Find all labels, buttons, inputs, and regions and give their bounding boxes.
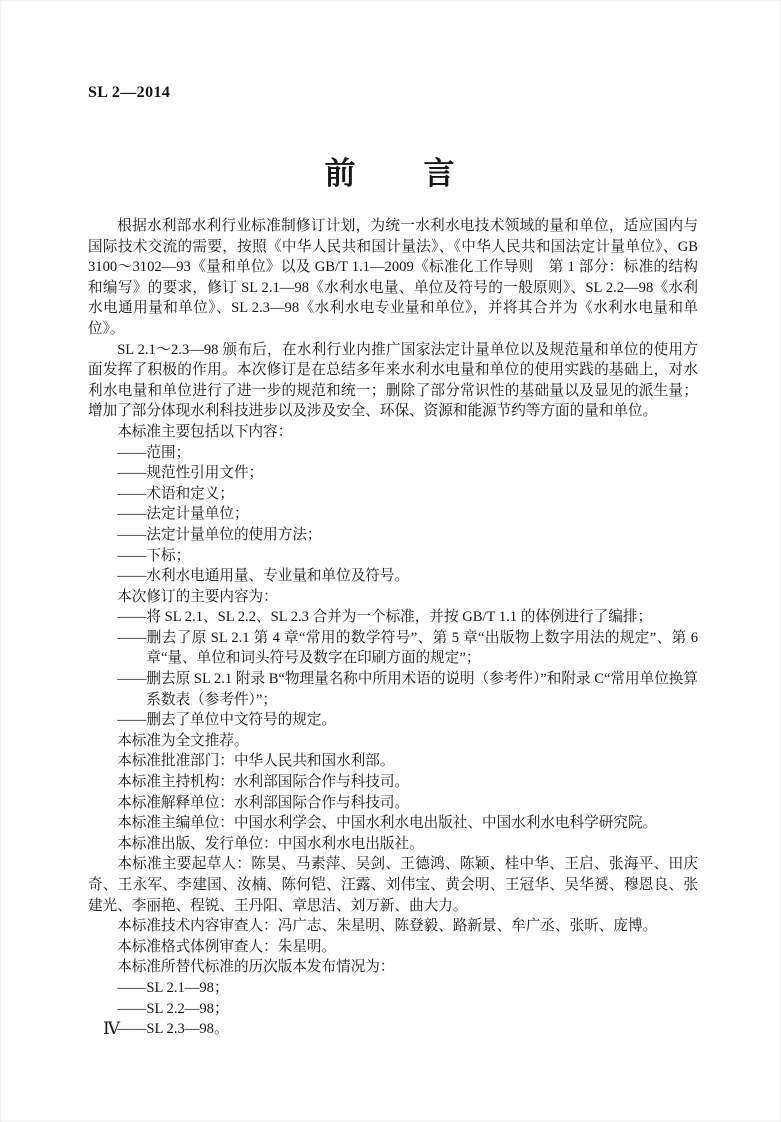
list-item: ——SL 2.2—98；	[88, 999, 698, 1020]
list-item: ——范围；	[88, 443, 698, 464]
paragraph: 根据水利部水利行业标准制修订计划，为统一水利水电技术领域的量和单位，适应国内与国…	[88, 216, 698, 340]
page-number: Ⅳ	[103, 1019, 120, 1039]
page-title: 前 言	[0, 148, 781, 193]
document-page: SL 2—2014 前 言 根据水利部水利行业标准制修订计划，为统一水利水电技术…	[0, 0, 781, 1122]
paragraph: 本标准主编单位：中国水利学会、中国水利水电出版社、中国水利水电科学研究院。	[88, 813, 698, 834]
list-item: ——SL 2.3—98。	[88, 1019, 698, 1040]
paragraph: 本标准为全文推荐。	[88, 731, 698, 752]
paragraph: SL 2.1～2.3—98 颁布后，在水利行业内推广国家法定计量单位以及规范量和…	[88, 340, 698, 422]
list-item: ——删去了原 SL 2.1 第 4 章“常用的数学符号”、第 5 章“出版物上数…	[88, 628, 698, 669]
paragraph: 本标准解释单位：水利部国际合作与科技司。	[88, 793, 698, 814]
list-item: ——下标；	[88, 546, 698, 567]
standard-code: SL 2—2014	[88, 84, 170, 102]
paragraph: 本标准格式体例审查人：朱星明。	[88, 937, 698, 958]
list-item: ——将 SL 2.1、SL 2.2、SL 2.3 合并为一个标准，并按 GB/T…	[88, 607, 698, 628]
list-item: ——SL 2.1—98；	[88, 978, 698, 999]
document-body: 根据水利部水利行业标准制修订计划，为统一水利水电技术领域的量和单位，适应国内与国…	[88, 216, 698, 1040]
list-item: ——删去了单位中文符号的规定。	[88, 710, 698, 731]
list-item: ——删去原 SL 2.1 附录 B“物理量名称中所用术语的说明（参考件）”和附录…	[88, 669, 698, 710]
paragraph: 本标准主要起草人：陈昊、马素萍、吴剑、王德鸿、陈颖、桂中华、王启、张海平、田庆奇…	[88, 854, 698, 916]
paragraph: 本标准主持机构：水利部国际合作与科技司。	[88, 772, 698, 793]
paragraph: 本标准出版、发行单位：中国水利水电出版社。	[88, 834, 698, 855]
list-item: ——法定计量单位；	[88, 504, 698, 525]
paragraph: 本标准批准部门：中华人民共和国水利部。	[88, 751, 698, 772]
list-item: ——术语和定义；	[88, 484, 698, 505]
paragraph: 本标准技术内容审查人：冯广志、朱星明、陈登毅、路新景、牟广丞、张昕、庞博。	[88, 916, 698, 937]
list-item: ——规范性引用文件；	[88, 463, 698, 484]
paragraph: 本标准所替代标准的历次版本发布情况为：	[88, 957, 698, 978]
paragraph: 本次修订的主要内容为：	[88, 587, 698, 608]
list-item: ——法定计量单位的使用方法；	[88, 525, 698, 546]
paragraph: 本标准主要包括以下内容：	[88, 422, 698, 443]
list-item: ——水利水电通用量、专业量和单位及符号。	[88, 566, 698, 587]
